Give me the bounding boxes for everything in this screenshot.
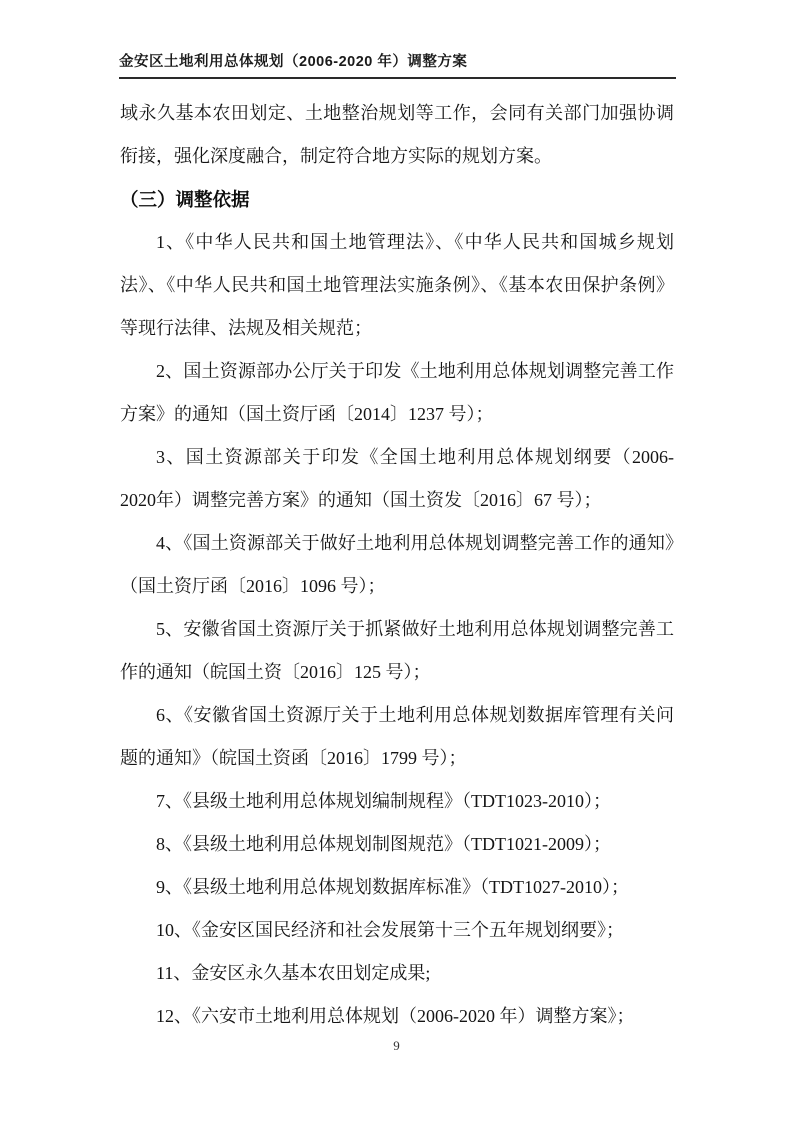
list-item-1: 1、《中华人民共和国土地管理法》、《中华人民共和国城乡规划法》、《中华人民共和国… xyxy=(120,221,674,350)
list-item-3: 3、国土资源部关于印发《全国土地利用总体规划纲要（2006-2020年）调整完善… xyxy=(120,436,674,522)
page-number: 9 xyxy=(393,1038,400,1053)
list-item-10: 10、《金安区国民经济和社会发展第十三个五年规划纲要》； xyxy=(120,909,674,952)
list-item-6: 6、《安徽省国土资源厅关于土地利用总体规划数据库管理有关问题的通知》（皖国土资函… xyxy=(120,694,674,780)
list-item-2: 2、国土资源部办公厅关于印发《土地利用总体规划调整完善工作方案》的通知（国土资厅… xyxy=(120,350,674,436)
page-footer: 9 xyxy=(0,1038,793,1054)
body-paragraph: 域永久基本农田划定、土地整治规划等工作，会同有关部门加强协调衔接，强化深度融合，… xyxy=(120,92,674,178)
running-header: 金安区土地利用总体规划（2006-2020 年）调整方案 xyxy=(119,50,676,79)
list-item-11: 11、金安区永久基本农田划定成果; xyxy=(120,952,674,995)
list-item-9: 9、《县级土地利用总体规划数据库标准》（TDT1027-2010）； xyxy=(120,866,674,909)
list-item-4: 4、《国土资源部关于做好土地利用总体规划调整完善工作的通知》（国土资厅函〔201… xyxy=(120,522,674,608)
section-heading: （三）调整依据 xyxy=(120,178,674,221)
list-item-7: 7、《县级土地利用总体规划编制规程》（TDT1023-2010）； xyxy=(120,780,674,823)
document-body: 域永久基本农田划定、土地整治规划等工作，会同有关部门加强协调衔接，强化深度融合，… xyxy=(120,92,674,1038)
document-page: 金安区土地利用总体规划（2006-2020 年）调整方案 域永久基本农田划定、土… xyxy=(0,0,793,1122)
document-title: 金安区土地利用总体规划（2006-2020 年）调整方案 xyxy=(119,54,467,70)
list-item-5: 5、安徽省国土资源厅关于抓紧做好土地利用总体规划调整完善工作的通知（皖国土资〔2… xyxy=(120,608,674,694)
list-item-8: 8、《县级土地利用总体规划制图规范》（TDT1021-2009）； xyxy=(120,823,674,866)
list-item-12: 12、《六安市土地利用总体规划（2006-2020 年）调整方案》； xyxy=(120,995,674,1038)
